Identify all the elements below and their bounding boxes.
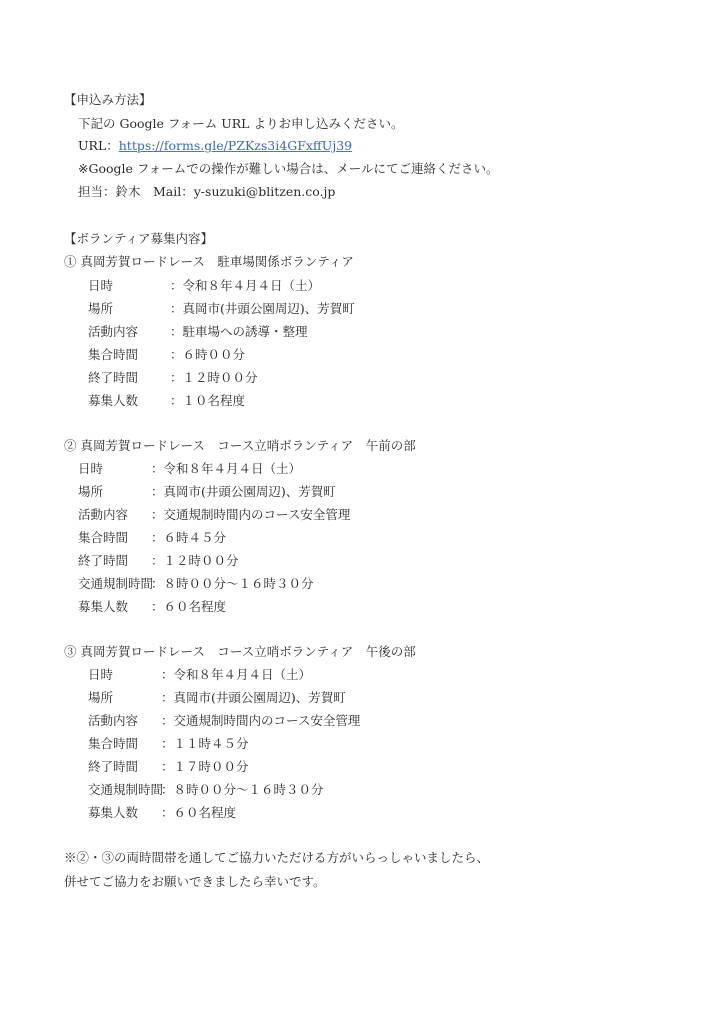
row-key: 募集人数 (88, 393, 138, 409)
row-value: ：６０名程度 (151, 599, 226, 615)
section-2-row-traffic: 交通規制時間 ：８時００分～１６時３０分 (78, 576, 398, 592)
row-value: ：１０名程度 (170, 393, 245, 409)
row-value: ：６０名程度 (161, 805, 236, 821)
row-key: 場所 (78, 484, 103, 500)
row-key: 集合時間 (88, 736, 138, 752)
section-2-row-count: 募集人数 ：６０名程度 (78, 599, 398, 615)
section-3-row-date: 日時 ：令和８年４月４日（土） (88, 667, 408, 683)
row-key: 日時 (88, 667, 113, 683)
row-value: ：１７時００分 (161, 759, 249, 775)
form-url-link[interactable]: https://forms.gle/PZKzs3i4GFxffUj39 (119, 138, 352, 153)
section-3-row-end: 終了時間 ：１７時００分 (88, 759, 408, 775)
footer-note-line-1: ※②・③の両時間帯を通してご協力いただける方がいらっしゃいましたら、 (64, 850, 489, 866)
row-value: ：駐車場への誘導・整理 (170, 324, 308, 340)
row-value: ：６時４５分 (151, 530, 226, 546)
row-key: 活動内容 (88, 713, 138, 729)
recruitment-heading: 【ボランティア募集内容】 (64, 231, 213, 247)
section-1-title: ① 真岡芳賀ロードレース 駐車場関係ボランティア (64, 254, 354, 270)
row-key: 場所 (88, 690, 113, 706)
section-2-row-end: 終了時間 ：１２時００分 (78, 553, 398, 569)
url-label: URL： (78, 138, 119, 153)
section-2-row-place: 場所 ：真岡市(井頭公園周辺)、芳賀町 (78, 484, 398, 500)
row-key: 日時 (88, 278, 113, 294)
row-value: ：真岡市(井頭公園周辺)、芳賀町 (151, 484, 336, 500)
section-2-title: ② 真岡芳賀ロードレース コース立哨ボランティア 午前の部 (64, 438, 416, 454)
row-key: 終了時間 (78, 553, 128, 569)
row-key: 日時 (78, 461, 103, 477)
section-2-row-gather: 集合時間 ：６時４５分 (78, 530, 398, 546)
row-value: ：真岡市(井頭公園周辺)、芳賀町 (161, 690, 346, 706)
row-key: 集合時間 (78, 530, 128, 546)
section-3-row-place: 場所 ：真岡市(井頭公園周辺)、芳賀町 (88, 690, 408, 706)
application-note: ※Google フォームでの操作が難しい場合は、メールにてご連絡ください。 (78, 161, 499, 177)
row-value: ：令和８年４月４日（土） (170, 278, 320, 294)
section-2-row-activity: 活動内容 ：交通規制時間内のコース安全管理 (78, 507, 398, 523)
section-1-row-gather: 集合時間 ：６時００分 (88, 347, 388, 363)
row-key: 募集人数 (88, 805, 138, 821)
row-value: ：６時００分 (170, 347, 245, 363)
row-value: ：８時００分～１６時３０分 (161, 782, 324, 798)
row-key: 交通規制時間 (78, 576, 153, 592)
section-1-row-end: 終了時間 ：１２時００分 (88, 370, 388, 386)
url-line: URL：https://forms.gle/PZKzs3i4GFxffUj39 (78, 138, 352, 154)
section-3-row-gather: 集合時間 ：１１時４５分 (88, 736, 408, 752)
application-heading: 【申込み方法】 (64, 92, 152, 108)
row-value: ：令和８年４月４日（土） (151, 461, 301, 477)
section-1-row-place: 場所 ：真岡市(井頭公園周辺)、芳賀町 (88, 301, 388, 317)
application-instruction: 下記の Google フォーム URL よりお申し込みください。 (78, 116, 403, 132)
row-key: 交通規制時間 (88, 782, 163, 798)
row-key: 活動内容 (78, 507, 128, 523)
contact-info: 担当：鈴木 Mail：y-suzuki@blitzen.co.jp (78, 184, 335, 200)
row-value: ：１２時００分 (170, 370, 258, 386)
row-value: ：１２時００分 (151, 553, 239, 569)
row-key: 場所 (88, 301, 113, 317)
row-key: 終了時間 (88, 370, 138, 386)
section-3-title: ③ 真岡芳賀ロードレース コース立哨ボランティア 午後の部 (64, 644, 416, 660)
row-key: 終了時間 (88, 759, 138, 775)
footer-note-line-2: 併せてご協力をお願いできましたら幸いです。 (64, 874, 326, 890)
row-value: ：１１時４５分 (161, 736, 249, 752)
row-value: ：真岡市(井頭公園周辺)、芳賀町 (170, 301, 355, 317)
section-1-row-date: 日時 ：令和８年４月４日（土） (88, 278, 388, 294)
row-key: 募集人数 (78, 599, 128, 615)
section-1-row-count: 募集人数 ：１０名程度 (88, 393, 388, 409)
section-3-row-traffic: 交通規制時間 ：８時００分～１６時３０分 (88, 782, 408, 798)
section-1-row-activity: 活動内容 ：駐車場への誘導・整理 (88, 324, 388, 340)
section-3-row-count: 募集人数 ：６０名程度 (88, 805, 408, 821)
row-value: ：令和８年４月４日（土） (161, 667, 311, 683)
row-value: ：交通規制時間内のコース安全管理 (151, 507, 350, 523)
row-value: ：交通規制時間内のコース安全管理 (161, 713, 360, 729)
row-value: ：８時００分～１６時３０分 (151, 576, 314, 592)
row-key: 集合時間 (88, 347, 138, 363)
row-key: 活動内容 (88, 324, 138, 340)
section-2-row-date: 日時 ：令和８年４月４日（土） (78, 461, 398, 477)
section-3-row-activity: 活動内容 ：交通規制時間内のコース安全管理 (88, 713, 408, 729)
